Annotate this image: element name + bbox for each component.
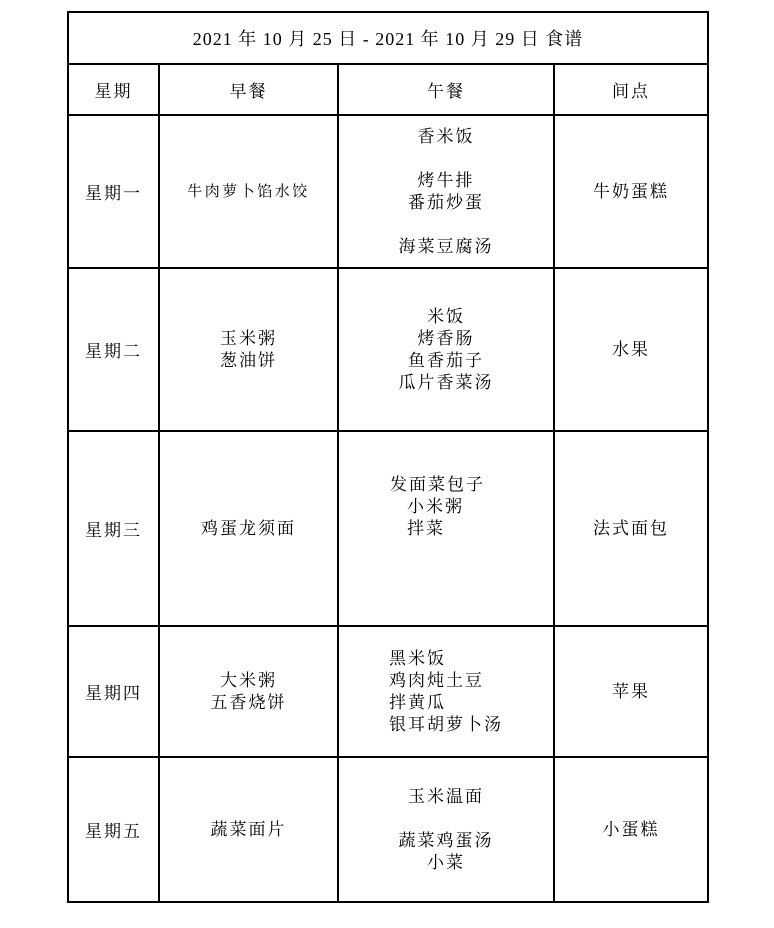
- breakfast-cell: 蔬菜面片: [159, 757, 338, 902]
- menu-item-line: 蔬菜面片: [160, 819, 337, 841]
- title-row: 2021 年 10 月 25 日 - 2021 年 10 月 29 日 食谱: [68, 12, 708, 64]
- breakfast-cell: 大米粥五香烧饼: [159, 626, 338, 757]
- menu-item-line: 鸡肉炖土豆: [389, 670, 503, 692]
- menu-row: 星期三 鸡蛋龙须面 发面菜包子小米粥拌菜 法式面包: [68, 431, 708, 626]
- menu-item-line: 鱼香茄子: [339, 350, 553, 372]
- menu-item-line: 黑米饭: [389, 648, 503, 670]
- menu-item-line: 苹果: [555, 681, 707, 703]
- col-header-snack: 间点: [554, 64, 708, 115]
- day-cell: 星期二: [68, 268, 159, 431]
- snack-cell: 小蛋糕: [554, 757, 708, 902]
- day-cell: 星期三: [68, 431, 159, 626]
- menu-item-line: [407, 540, 485, 562]
- menu-item-line: 银耳胡萝卜汤: [389, 714, 503, 736]
- col-header-day: 星期: [68, 64, 159, 115]
- breakfast-cell: 鸡蛋龙须面: [159, 431, 338, 626]
- menu-item-line: 香米饭: [339, 126, 553, 148]
- menu-item-line: [339, 214, 553, 236]
- day-cell: 星期五: [68, 757, 159, 902]
- menu-item-line: 小蛋糕: [555, 819, 707, 841]
- menu-item-line: 烤牛排: [339, 170, 553, 192]
- menu-item-line: 发面菜包子: [390, 474, 485, 496]
- menu-item-line: 小菜: [339, 852, 553, 874]
- snack-cell: 苹果: [554, 626, 708, 757]
- menu-item-line: 法式面包: [555, 518, 707, 540]
- menu-item-line: 小米粥: [407, 496, 485, 518]
- menu-row: 星期五 蔬菜面片 玉米温面蔬菜鸡蛋汤小菜 小蛋糕: [68, 757, 708, 902]
- menu-item-line: [339, 148, 553, 170]
- lunch-cell: 黑米饭鸡肉炖土豆拌黄瓜银耳胡萝卜汤: [338, 626, 554, 757]
- menu-item-line: 鸡蛋龙须面: [160, 518, 337, 540]
- menu-item-line: 蔬菜鸡蛋汤: [339, 830, 553, 852]
- menu-item-line: 水果: [555, 339, 707, 361]
- table-title: 2021 年 10 月 25 日 - 2021 年 10 月 29 日 食谱: [68, 12, 708, 64]
- snack-cell: 牛奶蛋糕: [554, 115, 708, 268]
- menu-item-line: 牛肉萝卜馅水饺: [160, 181, 337, 203]
- menu-item-line: 番茄炒蛋: [339, 192, 553, 214]
- breakfast-cell: 牛肉萝卜馅水饺: [159, 115, 338, 268]
- menu-item-line: 玉米粥: [160, 328, 337, 350]
- column-header-row: 星期 早餐 午餐 间点: [68, 64, 708, 115]
- day-cell: 星期一: [68, 115, 159, 268]
- menu-item-line: 米饭: [339, 306, 553, 328]
- menu-item-line: 拌黄瓜: [389, 692, 503, 714]
- menu-item-line: [407, 562, 485, 584]
- breakfast-cell: 玉米粥葱油饼: [159, 268, 338, 431]
- col-header-lunch: 午餐: [338, 64, 554, 115]
- menu-item-line: 玉米温面: [339, 786, 553, 808]
- menu-item-line: 拌菜: [407, 518, 485, 540]
- menu-item-line: [339, 808, 553, 830]
- menu-item-line: 五香烧饼: [160, 692, 337, 714]
- day-cell: 星期四: [68, 626, 159, 757]
- menu-item-line: 牛奶蛋糕: [555, 181, 707, 203]
- menu-item-line: 大米粥: [160, 670, 337, 692]
- lunch-cell: 玉米温面蔬菜鸡蛋汤小菜: [338, 757, 554, 902]
- menu-item-line: 瓜片香菜汤: [339, 372, 553, 394]
- menu-document-page: 2021 年 10 月 25 日 - 2021 年 10 月 29 日 食谱 星…: [0, 0, 774, 928]
- menu-item-line: 烤香肠: [339, 328, 553, 350]
- menu-item-line: 葱油饼: [160, 350, 337, 372]
- menu-row: 星期一 牛肉萝卜馅水饺 香米饭烤牛排番茄炒蛋海菜豆腐汤 牛奶蛋糕: [68, 115, 708, 268]
- snack-cell: 水果: [554, 268, 708, 431]
- col-header-breakfast: 早餐: [159, 64, 338, 115]
- menu-row: 星期四 大米粥五香烧饼 黑米饭鸡肉炖土豆拌黄瓜银耳胡萝卜汤 苹果: [68, 626, 708, 757]
- lunch-cell: 发面菜包子小米粥拌菜: [338, 431, 554, 626]
- snack-cell: 法式面包: [554, 431, 708, 626]
- menu-table: 2021 年 10 月 25 日 - 2021 年 10 月 29 日 食谱 星…: [67, 11, 709, 903]
- lunch-cell: 米饭烤香肠鱼香茄子瓜片香菜汤: [338, 268, 554, 431]
- lunch-cell: 香米饭烤牛排番茄炒蛋海菜豆腐汤: [338, 115, 554, 268]
- menu-row: 星期二 玉米粥葱油饼 米饭烤香肠鱼香茄子瓜片香菜汤 水果: [68, 268, 708, 431]
- menu-item-line: 海菜豆腐汤: [339, 236, 553, 258]
